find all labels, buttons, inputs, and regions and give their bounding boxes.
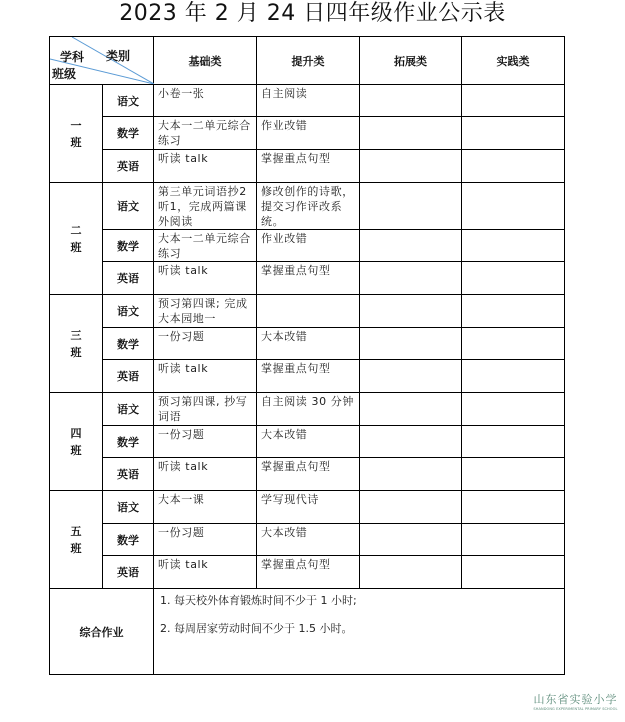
class-name-cell: 三班 (50, 295, 103, 393)
basic-homework-cell: 大本一二单元综合练习 (154, 117, 257, 150)
subject-cell: 数学 (103, 328, 154, 360)
subject-cell: 数学 (103, 426, 154, 458)
page-title: 2023 年 2 月 24 日四年级作业公示表 (0, 0, 625, 28)
class-name-cell: 四班 (50, 393, 103, 491)
extended-homework-cell (360, 360, 462, 393)
table-row: 数学一份习题大本改错 (50, 328, 565, 360)
subject-cell: 英语 (103, 262, 154, 295)
extended-homework-cell (360, 426, 462, 458)
summary-item: 2. 每周居家劳动时间不少于 1.5 小时。 (160, 621, 558, 637)
header-row: 学科 类别 班级 基础类 提升类 拓展类 实践类 (50, 37, 565, 85)
subject-cell: 数学 (103, 524, 154, 556)
practice-homework-cell (462, 458, 565, 491)
basic-homework-cell: 听读 talk (154, 262, 257, 295)
table-row: 数学大本一二单元综合练习作业改错 (50, 117, 565, 150)
class-number: 五 (50, 523, 102, 540)
subject-cell: 英语 (103, 458, 154, 491)
advanced-homework-cell: 掌握重点句型 (257, 556, 360, 589)
basic-homework-cell: 一份习题 (154, 328, 257, 360)
basic-homework-cell: 预习第四课, 抄写词语 (154, 393, 257, 426)
table-row: 二班语文第三单元词语抄2听1，完成两篇课外阅读修改创作的诗歌，提交习作评改系统。 (50, 183, 565, 230)
subject-cell: 语文 (103, 183, 154, 230)
corner-class-label: 班级 (52, 65, 76, 82)
advanced-homework-cell: 掌握重点句型 (257, 360, 360, 393)
advanced-homework-cell: 自主阅读 30 分钟 (257, 393, 360, 426)
advanced-homework-cell: 大本改错 (257, 524, 360, 556)
basic-homework-cell: 大本一二单元综合练习 (154, 230, 257, 262)
summary-label: 综合作业 (50, 589, 154, 675)
basic-homework-cell: 一份习题 (154, 426, 257, 458)
extended-homework-cell (360, 183, 462, 230)
advanced-homework-cell: 自主阅读 (257, 85, 360, 117)
class-name-cell: 一班 (50, 85, 103, 183)
extended-homework-cell (360, 556, 462, 589)
subject-cell: 英语 (103, 360, 154, 393)
class-name-cell: 二班 (50, 183, 103, 295)
extended-homework-cell (360, 393, 462, 426)
basic-homework-cell: 一份习题 (154, 524, 257, 556)
class-number: 四 (50, 425, 102, 442)
school-name-cn: 山东省实验小学 (528, 693, 623, 707)
basic-homework-cell: 听读 talk (154, 150, 257, 183)
class-name-cell: 五班 (50, 491, 103, 589)
class-number: 一 (50, 117, 102, 134)
table-row: 英语听读 talk掌握重点句型 (50, 150, 565, 183)
column-header-advanced: 提升类 (257, 37, 360, 85)
subject-cell: 语文 (103, 393, 154, 426)
basic-homework-cell: 听读 talk (154, 556, 257, 589)
advanced-homework-cell: 作业改错 (257, 117, 360, 150)
subject-cell: 语文 (103, 85, 154, 117)
class-suffix: 班 (50, 540, 102, 557)
extended-homework-cell (360, 328, 462, 360)
subject-cell: 数学 (103, 117, 154, 150)
subject-cell: 数学 (103, 230, 154, 262)
advanced-homework-cell: 掌握重点句型 (257, 150, 360, 183)
advanced-homework-cell: 掌握重点句型 (257, 262, 360, 295)
extended-homework-cell (360, 150, 462, 183)
subject-cell: 语文 (103, 491, 154, 524)
basic-homework-cell: 听读 talk (154, 458, 257, 491)
practice-homework-cell (462, 183, 565, 230)
advanced-homework-cell (257, 295, 360, 328)
practice-homework-cell (462, 524, 565, 556)
subject-cell: 英语 (103, 150, 154, 183)
table-row: 四班语文预习第四课, 抄写词语自主阅读 30 分钟 (50, 393, 565, 426)
practice-homework-cell (462, 262, 565, 295)
subject-cell: 语文 (103, 295, 154, 328)
extended-homework-cell (360, 262, 462, 295)
advanced-homework-cell: 掌握重点句型 (257, 458, 360, 491)
practice-homework-cell (462, 117, 565, 150)
column-header-practice: 实践类 (462, 37, 565, 85)
table-row: 五班语文大本一课学写现代诗 (50, 491, 565, 524)
table-row: 英语听读 talk掌握重点句型 (50, 556, 565, 589)
practice-homework-cell (462, 556, 565, 589)
basic-homework-cell: 第三单元词语抄2听1，完成两篇课外阅读 (154, 183, 257, 230)
basic-homework-cell: 听读 talk (154, 360, 257, 393)
advanced-homework-cell: 学写现代诗 (257, 491, 360, 524)
table-row: 英语听读 talk掌握重点句型 (50, 458, 565, 491)
summary-content: 1. 每天校外体育锻炼时间不少于 1 小时;2. 每周居家劳动时间不少于 1.5… (154, 589, 565, 675)
extended-homework-cell (360, 524, 462, 556)
class-number: 三 (50, 327, 102, 344)
school-logo: 山东省实验小学 SHANDONG EXPERIMENTAL PRIMARY SC… (528, 693, 623, 712)
class-suffix: 班 (50, 442, 102, 459)
advanced-homework-cell: 修改创作的诗歌，提交习作评改系统。 (257, 183, 360, 230)
practice-homework-cell (462, 85, 565, 117)
table-row: 数学大本一二单元综合练习作业改错 (50, 230, 565, 262)
extended-homework-cell (360, 458, 462, 491)
advanced-homework-cell: 大本改错 (257, 328, 360, 360)
subject-cell: 英语 (103, 556, 154, 589)
basic-homework-cell: 小卷一张 (154, 85, 257, 117)
practice-homework-cell (462, 328, 565, 360)
table-row: 英语听读 talk掌握重点句型 (50, 360, 565, 393)
class-suffix: 班 (50, 344, 102, 361)
homework-table: 学科 类别 班级 基础类 提升类 拓展类 实践类 一班语文小卷一张自主阅读数学大… (49, 36, 565, 675)
advanced-homework-cell: 作业改错 (257, 230, 360, 262)
practice-homework-cell (462, 393, 565, 426)
extended-homework-cell (360, 117, 462, 150)
corner-header-cell: 学科 类别 班级 (50, 37, 154, 85)
extended-homework-cell (360, 230, 462, 262)
extended-homework-cell (360, 491, 462, 524)
basic-homework-cell: 大本一课 (154, 491, 257, 524)
practice-homework-cell (462, 295, 565, 328)
practice-homework-cell (462, 150, 565, 183)
table-row: 英语听读 talk掌握重点句型 (50, 262, 565, 295)
class-suffix: 班 (50, 134, 102, 151)
table-row: 数学一份习题大本改错 (50, 524, 565, 556)
practice-homework-cell (462, 230, 565, 262)
practice-homework-cell (462, 360, 565, 393)
extended-homework-cell (360, 85, 462, 117)
table-row: 数学一份习题大本改错 (50, 426, 565, 458)
corner-subject-label: 学科 (60, 48, 84, 65)
basic-homework-cell: 预习第四课; 完成大本园地一 (154, 295, 257, 328)
column-header-extended: 拓展类 (360, 37, 462, 85)
school-name-en: SHANDONG EXPERIMENTAL PRIMARY SCHOOL (528, 707, 623, 712)
class-number: 二 (50, 222, 102, 239)
extended-homework-cell (360, 295, 462, 328)
table-row: 三班语文预习第四课; 完成大本园地一 (50, 295, 565, 328)
practice-homework-cell (462, 491, 565, 524)
summary-item: 1. 每天校外体育锻炼时间不少于 1 小时; (160, 593, 558, 609)
class-suffix: 班 (50, 239, 102, 256)
advanced-homework-cell: 大本改错 (257, 426, 360, 458)
table-row: 一班语文小卷一张自主阅读 (50, 85, 565, 117)
summary-row: 综合作业1. 每天校外体育锻炼时间不少于 1 小时;2. 每周居家劳动时间不少于… (50, 589, 565, 675)
corner-category-label: 类别 (106, 47, 130, 64)
practice-homework-cell (462, 426, 565, 458)
column-header-basic: 基础类 (154, 37, 257, 85)
